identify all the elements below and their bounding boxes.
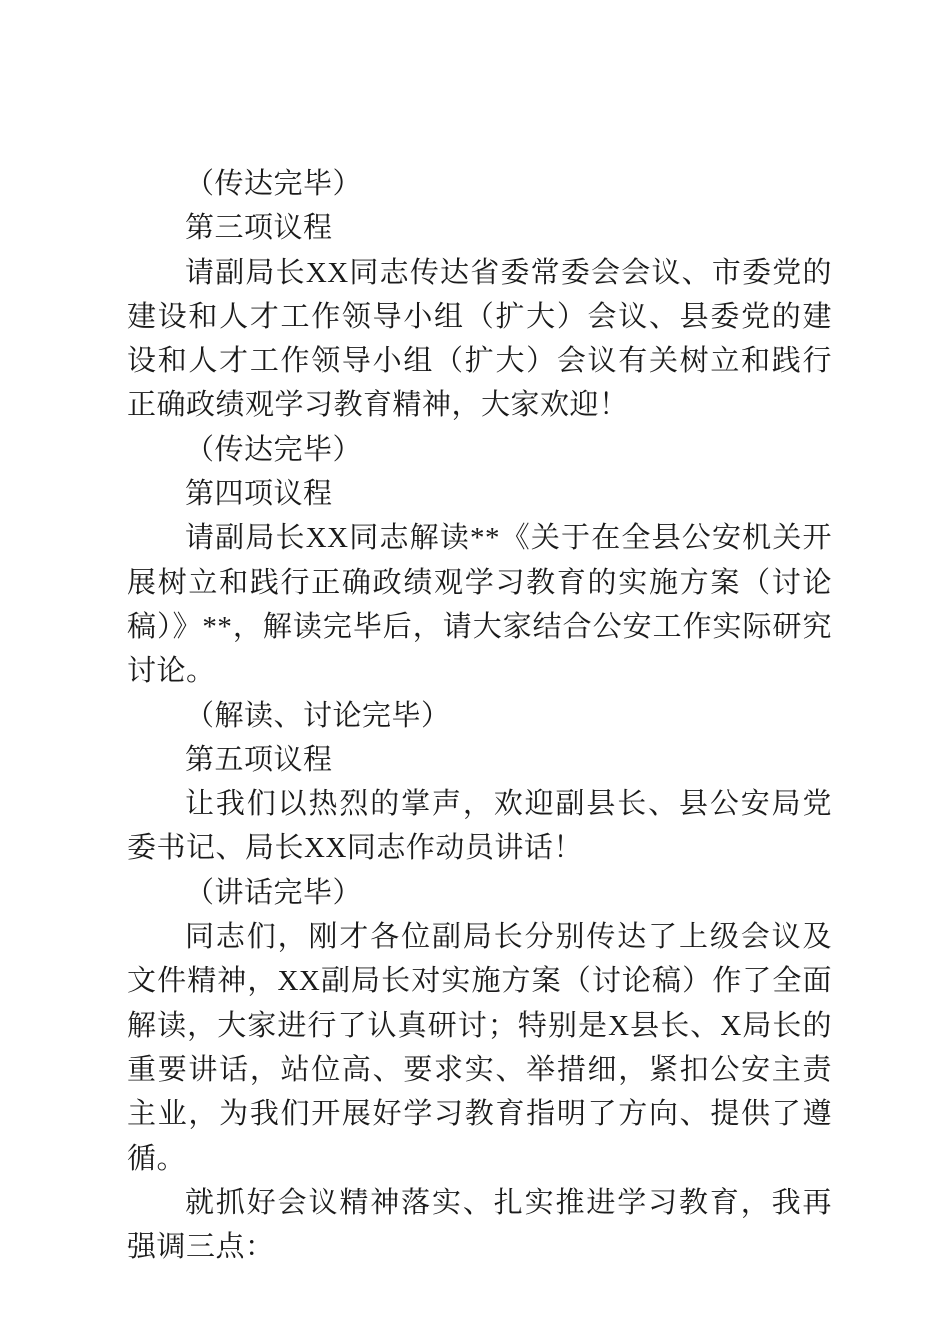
stage-direction-reading-discussion-complete: （解读、讨论完毕） <box>127 694 832 738</box>
agenda-item-4-body: 请副局长XX同志解读**《关于在全县公安机关开展树立和践行正确政绩观学习教育的实… <box>127 516 832 693</box>
document-page: （传达完毕） 第三项议程 请副局长XX同志传达省委常委会会议、市委党的建设和人才… <box>0 0 950 1344</box>
stage-direction-transmission-complete-1: （传达完毕） <box>127 162 832 206</box>
stage-direction-speech-complete: （讲话完毕） <box>127 871 832 915</box>
summary-paragraph: 同志们，刚才各位副局长分别传达了上级会议及文件精神，XX副局长对实施方案（讨论稿… <box>127 915 832 1181</box>
document-body: （传达完毕） 第三项议程 请副局长XX同志传达省委常委会会议、市委党的建设和人才… <box>127 162 832 1269</box>
agenda-item-4-heading: 第四项议程 <box>127 472 832 516</box>
agenda-item-3-body: 请副局长XX同志传达省委常委会会议、市委党的建设和人才工作领导小组（扩大）会议、… <box>127 251 832 428</box>
agenda-item-5-heading: 第五项议程 <box>127 738 832 782</box>
stage-direction-transmission-complete-2: （传达完毕） <box>127 428 832 472</box>
agenda-item-3-heading: 第三项议程 <box>127 206 832 250</box>
agenda-item-5-body: 让我们以热烈的掌声，欢迎副县长、县公安局党委书记、局长XX同志作动员讲话！ <box>127 782 832 871</box>
emphasis-lead-in-paragraph: 就抓好会议精神落实、扎实推进学习教育，我再强调三点： <box>127 1181 832 1270</box>
